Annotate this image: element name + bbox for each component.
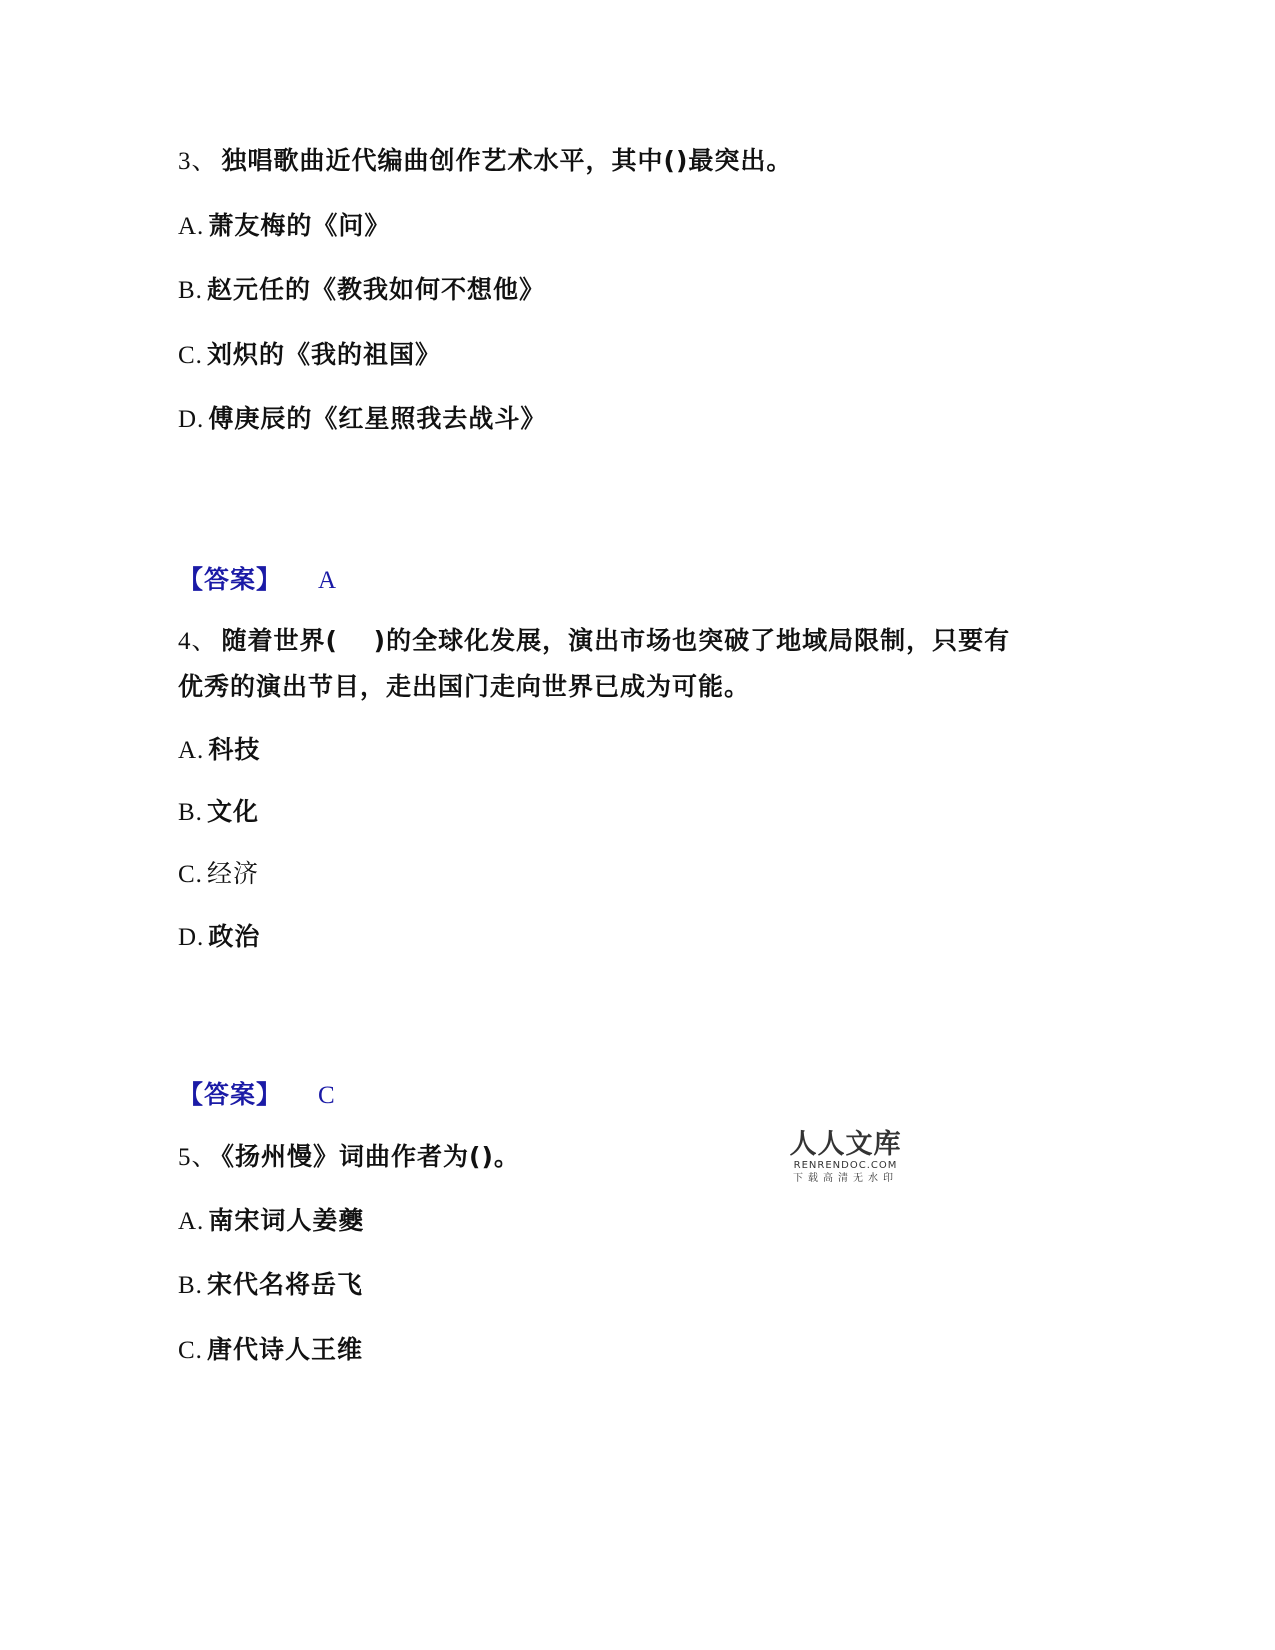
option-text: 萧友梅的《问》 <box>208 211 390 240</box>
option-a: A.萧友梅的《问》 <box>178 209 390 244</box>
option-c: C.刘炽的《我的祖国》 <box>178 338 441 373</box>
answer-label: 【答案】 <box>178 565 282 594</box>
question-number: 3、 <box>178 148 218 175</box>
answer-4: 【答案】C <box>178 1078 336 1113</box>
option-b: B.宋代名将岳飞 <box>178 1268 363 1303</box>
question-5-stem: 5、《扬州慢》词曲作者为()。 <box>178 1140 520 1175</box>
option-text: 政治 <box>208 922 260 951</box>
option-letter: B. <box>178 799 203 826</box>
option-b: B.文化 <box>178 795 259 830</box>
option-text: 文化 <box>207 797 259 826</box>
answer-3: 【答案】A <box>178 563 337 598</box>
option-text: 宋代名将岳飞 <box>207 1270 363 1299</box>
watermark-logo: 人人文库 RENRENDOC.COM 下载高清无水印 <box>783 1130 908 1185</box>
watermark-title: 人人文库 <box>783 1130 908 1160</box>
option-text: 科技 <box>208 735 260 764</box>
question-text: 《扬州慢》词曲作者为()。 <box>222 1142 520 1171</box>
question-3-stem: 3、独唱歌曲近代编曲创作艺术水平，其中()最突出。 <box>178 144 792 179</box>
option-a: A.科技 <box>178 733 260 768</box>
option-letter: A. <box>178 213 204 240</box>
option-text: 唐代诗人王维 <box>207 1335 363 1364</box>
question-number: 4、 <box>178 628 218 655</box>
option-d: D.傅庚辰的《红星照我去战斗》 <box>178 402 546 437</box>
answer-value: A <box>318 567 337 594</box>
option-c: C.唐代诗人王维 <box>178 1333 363 1368</box>
option-letter: B. <box>178 277 203 304</box>
option-letter: B. <box>178 1272 203 1299</box>
answer-value: C <box>318 1082 336 1109</box>
watermark-url: RENRENDOC.COM <box>783 1160 908 1172</box>
option-d: D.政治 <box>178 920 260 955</box>
answer-label: 【答案】 <box>178 1080 282 1109</box>
option-text: 刘炽的《我的祖国》 <box>207 340 441 369</box>
option-letter: C. <box>178 861 203 888</box>
option-text: 南宋词人姜夔 <box>208 1206 364 1235</box>
option-b: B.赵元任的《教我如何不想他》 <box>178 273 545 308</box>
option-letter: A. <box>178 737 204 764</box>
question-text: 随着世界( )的全球化发展，演出市场也突破了地域局限制，只要有 <box>222 626 1011 655</box>
option-a: A.南宋词人姜夔 <box>178 1204 364 1239</box>
option-letter: A. <box>178 1208 204 1235</box>
question-text: 优秀的演出节目，走出国门走向世界已成为可能。 <box>178 672 750 701</box>
option-c: C.经济 <box>178 857 259 892</box>
question-4-stem-line1: 4、随着世界( )的全球化发展，演出市场也突破了地域局限制，只要有 <box>178 624 1010 659</box>
option-letter: D. <box>178 924 204 951</box>
option-letter: D. <box>178 406 204 433</box>
watermark-subtitle: 下载高清无水印 <box>783 1172 908 1185</box>
option-text: 傅庚辰的《红星照我去战斗》 <box>208 404 546 433</box>
question-4-stem-line2: 优秀的演出节目，走出国门走向世界已成为可能。 <box>178 670 750 704</box>
question-number: 5、 <box>178 1144 218 1171</box>
option-letter: C. <box>178 342 203 369</box>
option-letter: C. <box>178 1337 203 1364</box>
option-text: 赵元任的《教我如何不想他》 <box>207 275 545 304</box>
question-text: 独唱歌曲近代编曲创作艺术水平，其中()最突出。 <box>222 146 793 175</box>
option-text: 经济 <box>207 859 259 888</box>
